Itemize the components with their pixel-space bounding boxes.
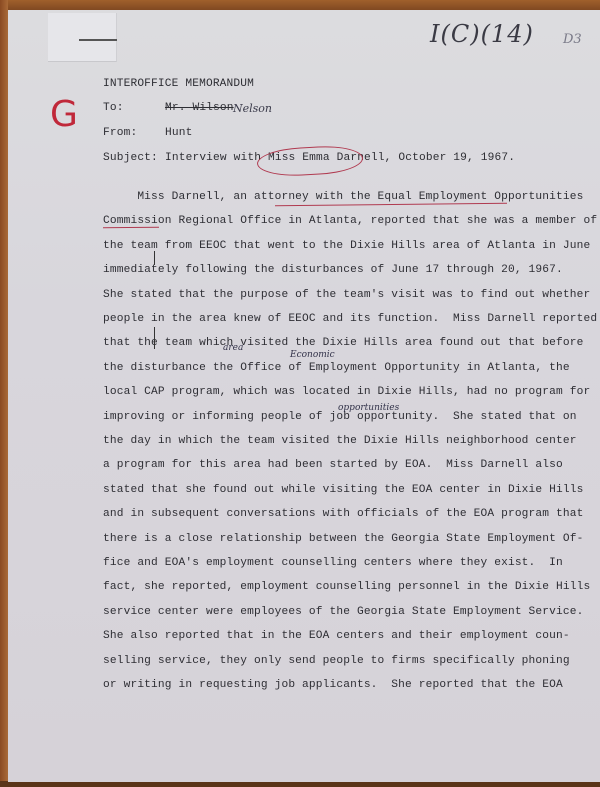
annotation-inserted-opportunities: opportunities [338,403,399,413]
desk-background-left [0,0,8,787]
sticky-note-dash-mark [79,39,117,41]
body-line: local CAP program, which was located in … [103,386,590,398]
from-label: From: [103,127,137,139]
to-value-typed: Mr. Wilson [165,102,234,114]
red-underline-1 [275,203,507,207]
body-line: that the team which visited the Dixie Hi… [103,337,583,349]
memo-page: I(C)(14) D3 G INTEROFFICE MEMORANDUM To:… [8,10,600,782]
to-value-typed-text: Mr. Wilson [165,102,234,114]
handwritten-corner-code: D3 [563,32,582,47]
insert-mark-dixie-hills-1 [154,251,155,265]
body-line: immediately following the disturbances o… [103,264,563,276]
from-value: Hunt [165,127,192,139]
handwritten-circle-around-name [256,144,363,178]
body-line: selling service, they only send people t… [103,655,570,667]
annotation-inserted-area: area [223,343,243,353]
body-line: people in the area knew of EEOC and its … [103,313,597,325]
subject-label: Subject: [103,152,158,164]
to-label: To: [103,102,124,114]
handwritten-margin-letter: G [50,94,78,135]
memo-title: INTEROFFICE MEMORANDUM [103,78,254,90]
body-line: stated that she found out while visiting… [103,484,583,496]
body-line: service center were employees of the Geo… [103,606,583,618]
subject-suffix: , October 19, 1967. [385,152,515,164]
annotation-inserted-economic: Economic [290,350,335,360]
body-line: the team from EEOC that went to the Dixi… [103,240,590,252]
body-line: the day in which the team visited the Di… [103,435,577,447]
body-line: the disturbance the Office of Employment… [103,362,570,374]
body-line: or writing in requesting job applicants.… [103,679,563,691]
body-line: and in subsequent conversations with off… [103,508,583,520]
red-underline-2 [103,227,159,229]
subject-prefix: Interview with [165,152,268,164]
body-line: there is a close relationship between th… [103,533,583,545]
body-line: fact, she reported, employment counselli… [103,581,590,593]
insert-mark-dixie-hills-2 [154,327,155,349]
body-line: fice and EOA's employment counselling ce… [103,557,563,569]
body-line: Commission Regional Office in Atlanta, r… [103,215,597,227]
body-line: She stated that the purpose of the team'… [103,289,590,301]
sticky-note [48,13,117,62]
body-line: She also reported that in the EOA center… [103,630,570,642]
body-line: Miss Darnell, an attorney with the Equal… [103,191,583,203]
body-line: a program for this area had been started… [103,459,563,471]
to-value-handwritten: Nelson [233,102,272,115]
handwritten-reference-code: I(C)(14) [430,20,534,48]
